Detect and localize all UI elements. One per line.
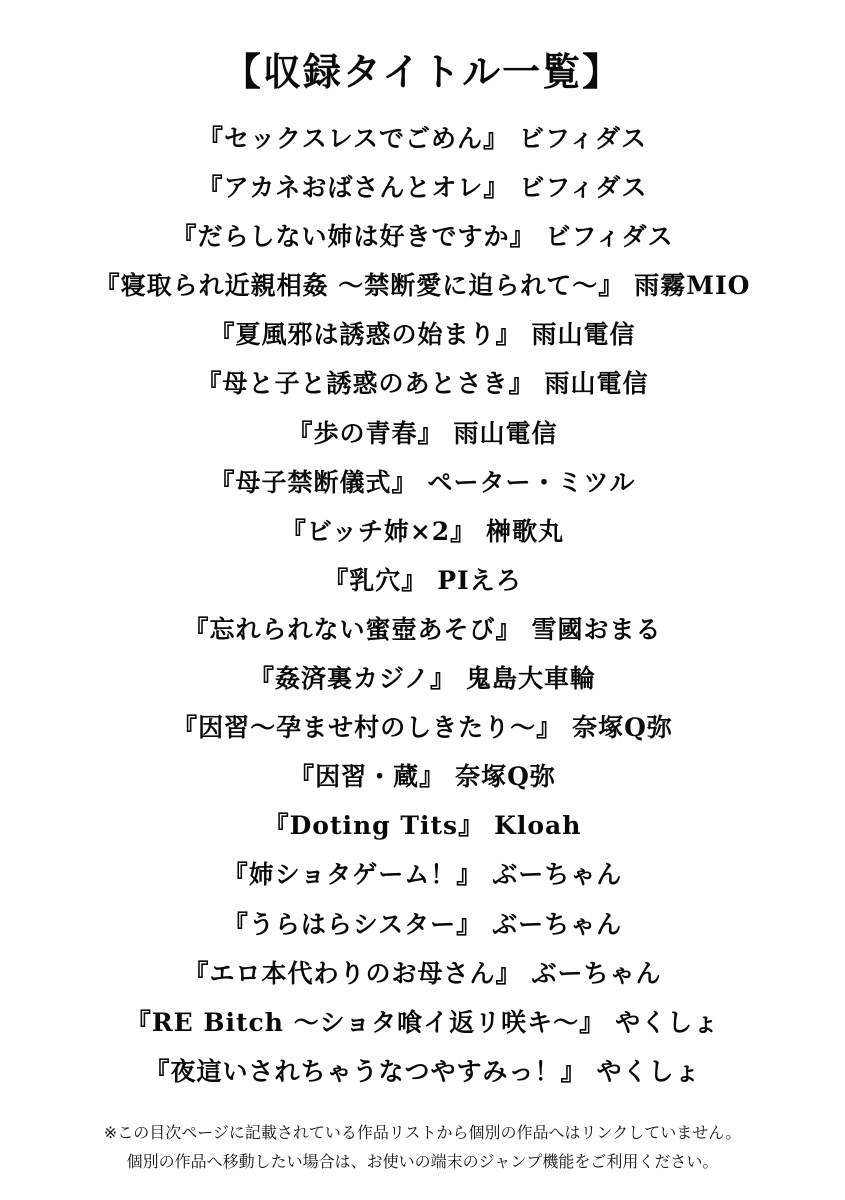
list-item: 『夜這いされちゃうなつやすみっ！』やくしょ [0,1049,845,1098]
work-title: 『RE Bitch ～ショタ喰イ返リ咲キ～』 [126,1008,605,1037]
author-name: 雨山電信 [454,419,558,448]
list-item: 『セックスレスでごめん』ビフィダス [0,116,845,165]
footnote-no-links: ※この目次ページに記載されている作品リストから個別の作品へはリンクしていません。 [0,1122,845,1144]
work-title: 『歩の青春』 [287,419,443,448]
author-name: ペーター・ミツル [428,468,636,497]
work-title: 『母子禁断儀式』 [209,468,417,497]
work-title: 『セックスレスでごめん』 [198,124,509,153]
author-name: PIえろ [437,566,522,595]
author-name: やくしょ [615,1008,719,1037]
list-item: 『だらしない姉は好きですか』ビフィダス [0,214,845,263]
author-name: 奈塚Q弥 [455,762,556,791]
work-title: 『乳穴』 [323,566,427,595]
list-item: 『姉ショタゲーム！』ぶーちゃん [0,852,845,901]
page-title: 【収録タイトル一覧】 [0,48,845,96]
author-name: ぶーちゃん [492,910,622,939]
work-title: 『姉ショタゲーム！』 [223,860,483,889]
list-item: 『寝取られ近親相姦 ～禁断愛に迫られて～』雨霧MIO [0,263,845,312]
list-item: 『母と子と誘惑のあとさき』雨山電信 [0,361,845,410]
work-title: 『母と子と誘惑のあとさき』 [196,369,534,398]
work-title: 『因習・蔵』 [289,762,445,791]
work-title: 『アカネおばさんとオレ』 [198,173,510,202]
title-list: 『セックスレスでごめん』ビフィダス 『アカネおばさんとオレ』ビフィダス 『だらし… [0,116,845,1098]
list-item: 『因習・蔵』奈塚Q弥 [0,754,845,803]
work-title: 『夏風邪は誘惑の始まり』 [209,320,521,349]
author-name: 榊歌丸 [486,517,564,546]
author-name: ビフィダス [546,222,674,251]
list-item: 『エロ本代わりのお母さん』ぶーちゃん [0,951,845,1000]
list-item: 『アカネおばさんとオレ』ビフィダス [0,165,845,214]
work-title: 『夜這いされちゃうなつやすみっ！』 [144,1057,586,1086]
author-name: Kloah [494,811,581,840]
list-item: 『RE Bitch ～ショタ喰イ返リ咲キ～』やくしょ [0,1000,845,1049]
list-item: 『うらはらシスター』ぶーちゃん [0,902,845,951]
work-title: 『Doting Tits』 [264,811,484,840]
author-name: ビフィダス [519,173,647,202]
author-name: ぶーちゃん [492,860,622,889]
work-title: 『ビッチ姉×2』 [281,517,476,546]
work-title: 『因習～孕ませ村のしきたり～』 [172,713,562,742]
work-title: 『エロ本代わりのお母さん』 [183,959,521,988]
list-item: 『母子禁断儀式』ペーター・ミツル [0,460,845,509]
author-name: ビフィダス [519,124,647,153]
list-item: 『歩の青春』雨山電信 [0,411,845,460]
author-name: やくしょ [597,1057,701,1086]
table-of-contents-page: 【収録タイトル一覧】 『セックスレスでごめん』ビフィダス 『アカネおばさんとオレ… [0,0,845,1200]
author-name: 奈塚Q弥 [572,713,673,742]
list-item: 『乳穴』PIえろ [0,558,845,607]
author-name: 雨霧MIO [634,271,750,300]
work-title: 『姦済裏カジノ』 [249,664,456,693]
footnote-jump-instructions: 個別の作品へ移動したい場合は、お使いの端末のジャンプ機能をご利用ください。 [0,1151,845,1173]
list-item: 『因習～孕ませ村のしきたり～』奈塚Q弥 [0,705,845,754]
work-title: 『寝取られ近親相姦 ～禁断愛に迫られて～』 [95,271,625,300]
list-item: 『忘れられない蜜壺あそび』雪國おまる [0,607,845,656]
author-name: 雪國おまる [532,615,662,644]
list-item: 『ビッチ姉×2』榊歌丸 [0,509,845,558]
work-title: 『忘れられない蜜壺あそび』 [183,615,521,644]
author-name: 雨山電信 [532,320,636,349]
list-item: 『Doting Tits』Kloah [0,803,845,852]
list-item: 『姦済裏カジノ』鬼島大車輪 [0,656,845,705]
work-title: 『うらはらシスター』 [223,910,482,939]
list-item: 『夏風邪は誘惑の始まり』雨山電信 [0,312,845,361]
author-name: 鬼島大車輪 [466,664,596,693]
work-title: 『だらしない姉は好きですか』 [171,222,535,251]
author-name: 雨山電信 [545,369,649,398]
author-name: ぶーちゃん [532,959,662,988]
